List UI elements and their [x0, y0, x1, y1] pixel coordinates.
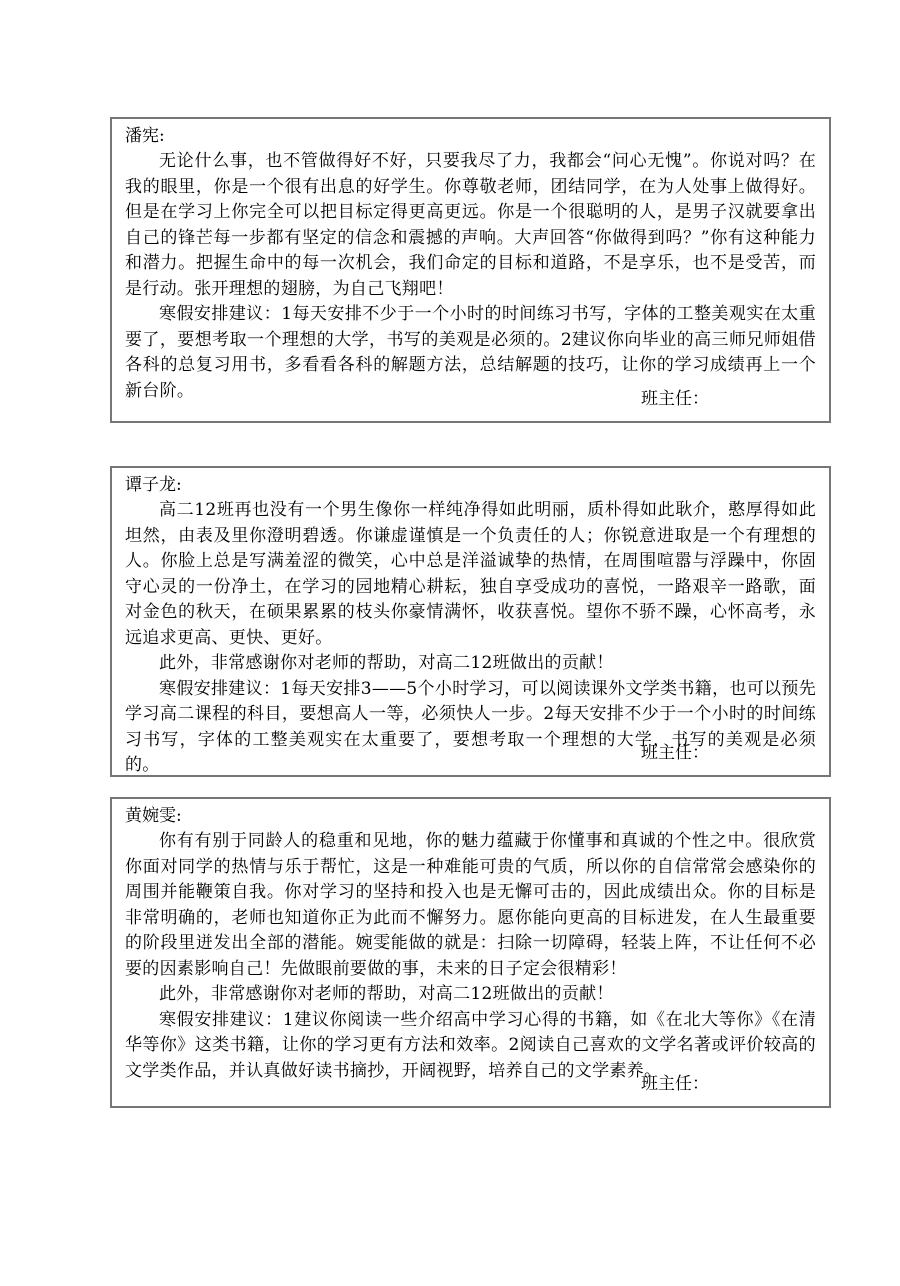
teacher-signature: 班主任：: [641, 743, 709, 763]
suggestion-paragraph: 寒假安排建议：1每天安排不少于一个小时的时间练习书写，字体的工整美观实在太重要了…: [125, 302, 816, 404]
comment-paragraph: 无论什么事，也不管做得好不好，只要我尽了力，我都会“问心无愧”。你说对吗？在我的…: [125, 149, 816, 302]
teacher-signature: 班主任：: [641, 1074, 709, 1094]
student-name: 谭子龙:: [125, 473, 816, 498]
document-page: 潘宪: 无论什么事，也不管做得好不好，只要我尽了力，我都会“问心无愧”。你说对吗…: [0, 0, 900, 1286]
suggestion-paragraph: 寒假安排建议：1建议你阅读一些介绍高中学习心得的书籍，如《在北大等你》《在清华等…: [125, 1008, 816, 1085]
student-comment-box-panxian: 潘宪: 无论什么事，也不管做得好不好，只要我尽了力，我都会“问心无愧”。你说对吗…: [110, 117, 831, 423]
thanks-paragraph: 此外，非常感谢你对老师的帮助，对高二12班做出的贡献！: [125, 651, 816, 677]
teacher-signature: 班主任：: [641, 389, 709, 409]
comment-paragraph: 你有有别于同龄人的稳重和见地，你的魅力蕴藏于你懂事和真诚的个性之中。很欣赏你面对…: [125, 829, 816, 982]
student-comment-box-huangwanwen: 黄婉雯: 你有有别于同龄人的稳重和见地，你的魅力蕴藏于你懂事和真诚的个性之中。很…: [110, 797, 831, 1108]
student-name: 潘宪:: [125, 124, 816, 149]
comment-paragraph: 高二12班再也没有一个男生像你一样纯净得如此明丽，质朴得如此耿介，憨厚得如此坦然…: [125, 498, 816, 651]
suggestion-paragraph: 寒假安排建议：1每天安排3——5个小时学习，可以阅读课外文学类书籍，也可以预先学…: [125, 677, 816, 779]
student-name: 黄婉雯:: [125, 804, 816, 829]
thanks-paragraph: 此外，非常感谢你对老师的帮助，对高二12班做出的贡献！: [125, 982, 816, 1008]
student-comment-box-tanzilong: 谭子龙: 高二12班再也没有一个男生像你一样纯净得如此明丽，质朴得如此耿介，憨厚…: [110, 466, 831, 777]
